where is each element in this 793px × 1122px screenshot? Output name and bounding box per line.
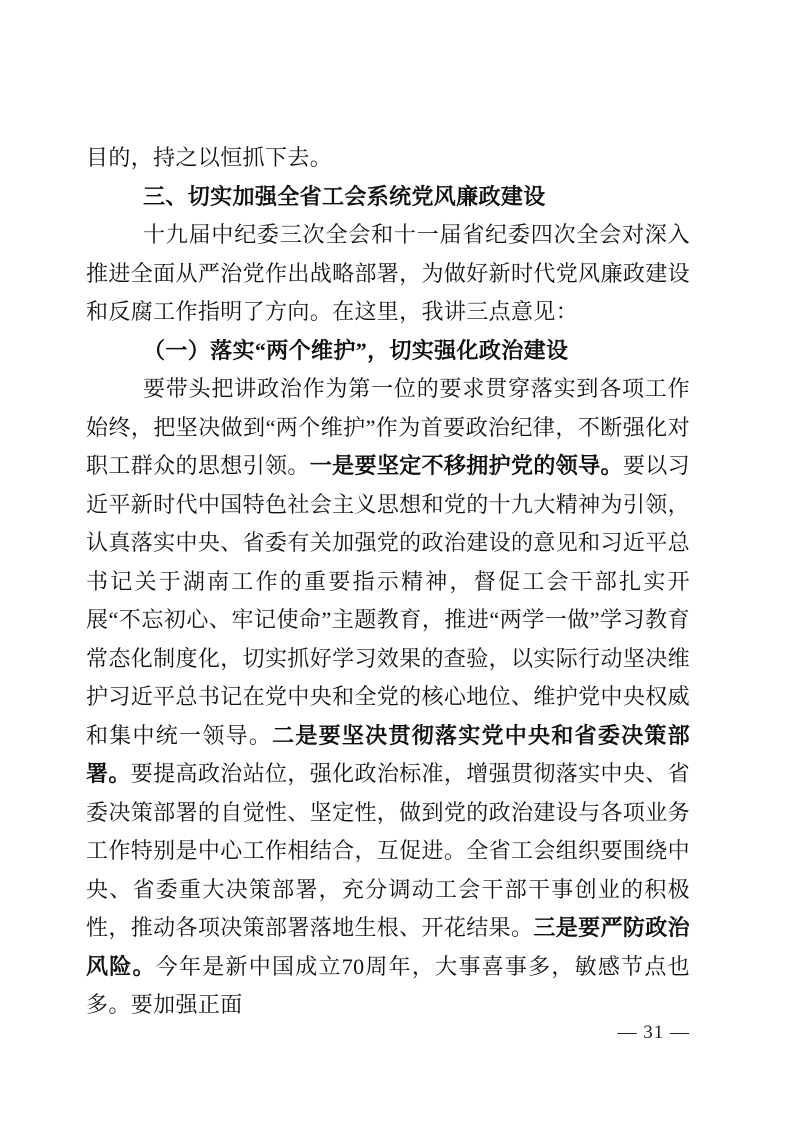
subsection-heading: （一）落实“两个维护”，切实强化政治建设 <box>86 332 690 371</box>
paragraph: 十九届中纪委三次全会和十一届省纪委四次全会对深入推进全面从严治党作出战略部署，为… <box>86 216 690 332</box>
document-page: 目的，持之以恒抓下去。 三、切实加强全省工会系统党风廉政建设 十九届中纪委三次全… <box>0 0 793 1122</box>
paragraph-continuation: 目的，持之以恒抓下去。 <box>86 139 690 178</box>
text-run: 十九届中纪委三次全会和十一届省纪委四次全会对深入推进全面从严治党作出战略部署，为… <box>86 222 690 324</box>
document-body: 目的，持之以恒抓下去。 三、切实加强全省工会系统党风廉政建设 十九届中纪委三次全… <box>86 139 690 1025</box>
page-number: — 31 — <box>618 1022 691 1044</box>
text-run: 三、切实加强全省工会系统党风廉政建设 <box>143 184 546 209</box>
text-run-emphasis: 一是要坚定不移拥护党的领导。 <box>310 453 623 478</box>
text-run: 要提高政治站位，强化政治标准，增强贯彻落实中央、省委决策部署的自觉性、坚定性，做… <box>86 761 690 940</box>
text-run: 要以习近平新时代中国特色社会主义思想和党的十九大精神为引领，认真落实中央、省委有… <box>86 453 690 748</box>
text-run: （一）落实“两个维护”，切实强化政治建设 <box>143 338 568 363</box>
text-run: 今年是新中国成立70周年，大事喜事多，敏感节点也多。要加强正面 <box>86 954 690 1018</box>
section-heading: 三、切实加强全省工会系统党风廉政建设 <box>86 178 690 217</box>
paragraph: 要带头把讲政治作为第一位的要求贯穿落实到各项工作始终，把坚决做到“两个维护”作为… <box>86 370 690 1025</box>
text-run: 目的，持之以恒抓下去。 <box>86 145 332 170</box>
